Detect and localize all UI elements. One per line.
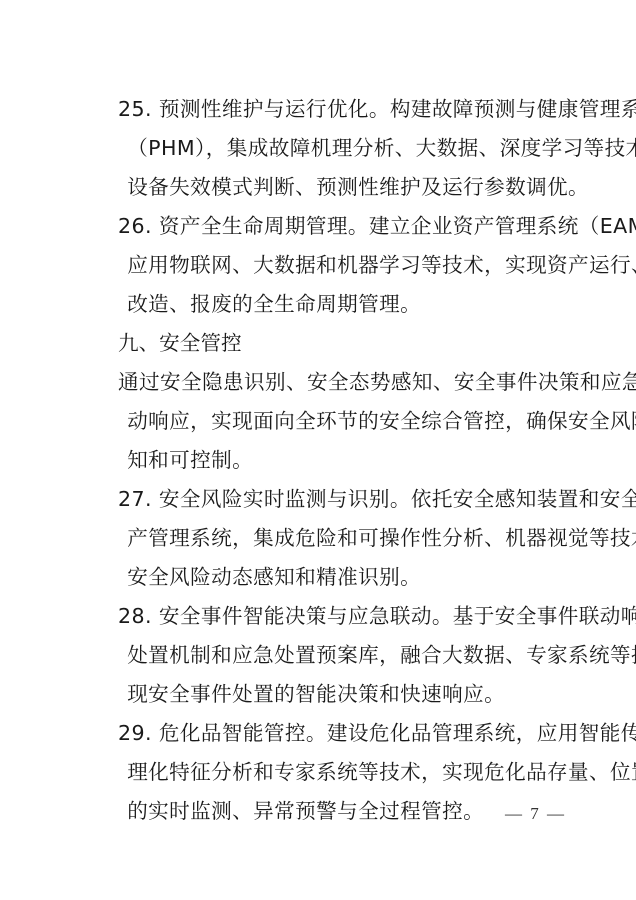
text-line: 的实时监测、异常预警与全过程管控。 [86,792,550,831]
section-heading: 九、安全管控 [86,324,550,363]
paragraph-item-29: 29. 危化品智能管控。建设危化品管理系统，应用智能传感、 理化特征分析和专家系… [86,714,550,831]
text-line: 通过安全隐患识别、安全态势感知、安全事件决策和应急联 [86,363,550,402]
paragraph-item-28: 28. 安全事件智能决策与应急联动。基于安全事件联动响应 处置机制和应急处置预案… [86,597,550,714]
text-line: 处置机制和应急处置预案库，融合大数据、专家系统等技术，实 [86,636,550,675]
text-line: 改造、报废的全生命周期管理。 [86,285,550,324]
text-line: 应用物联网、大数据和机器学习等技术，实现资产运行、检维修、 [86,246,550,285]
text-line: 27. 安全风险实时监测与识别。依托安全感知装置和安全生 [86,480,550,519]
document-page: 25. 预测性维护与运行优化。构建故障预测与健康管理系统 （PHM），集成故障机… [86,90,550,831]
text-line: 设备失效模式判断、预测性维护及运行参数调优。 [86,168,550,207]
text-line: 29. 危化品智能管控。建设危化品管理系统，应用智能传感、 [86,714,550,753]
paragraph-item-26: 26. 资产全生命周期管理。建立企业资产管理系统（EAM）， 应用物联网、大数据… [86,207,550,324]
text-line: 产管理系统，集成危险和可操作性分析、机器视觉等技术，进行 [86,519,550,558]
text-line: 28. 安全事件智能决策与应急联动。基于安全事件联动响应 [86,597,550,636]
paragraph-item-25: 25. 预测性维护与运行优化。构建故障预测与健康管理系统 （PHM），集成故障机… [86,90,550,207]
text-line: 现安全事件处置的智能决策和快速响应。 [86,675,550,714]
text-line: 26. 资产全生命周期管理。建立企业资产管理系统（EAM）， [86,207,550,246]
paragraph-section-intro: 通过安全隐患识别、安全态势感知、安全事件决策和应急联 动响应，实现面向全环节的安… [86,363,550,480]
text-line: 安全风险动态感知和精准识别。 [86,558,550,597]
text-line: 动响应，实现面向全环节的安全综合管控，确保安全风险的可预 [86,402,550,441]
text-line: 25. 预测性维护与运行优化。构建故障预测与健康管理系统 [86,90,550,129]
text-line: 理化特征分析和专家系统等技术，实现危化品存量、位置、状态 [86,753,550,792]
text-line: 知和可控制。 [86,441,550,480]
page-number: — 7 — [505,804,566,824]
text-line: （PHM），集成故障机理分析、大数据、深度学习等技术，进行 [86,129,550,168]
paragraph-item-27: 27. 安全风险实时监测与识别。依托安全感知装置和安全生 产管理系统，集成危险和… [86,480,550,597]
